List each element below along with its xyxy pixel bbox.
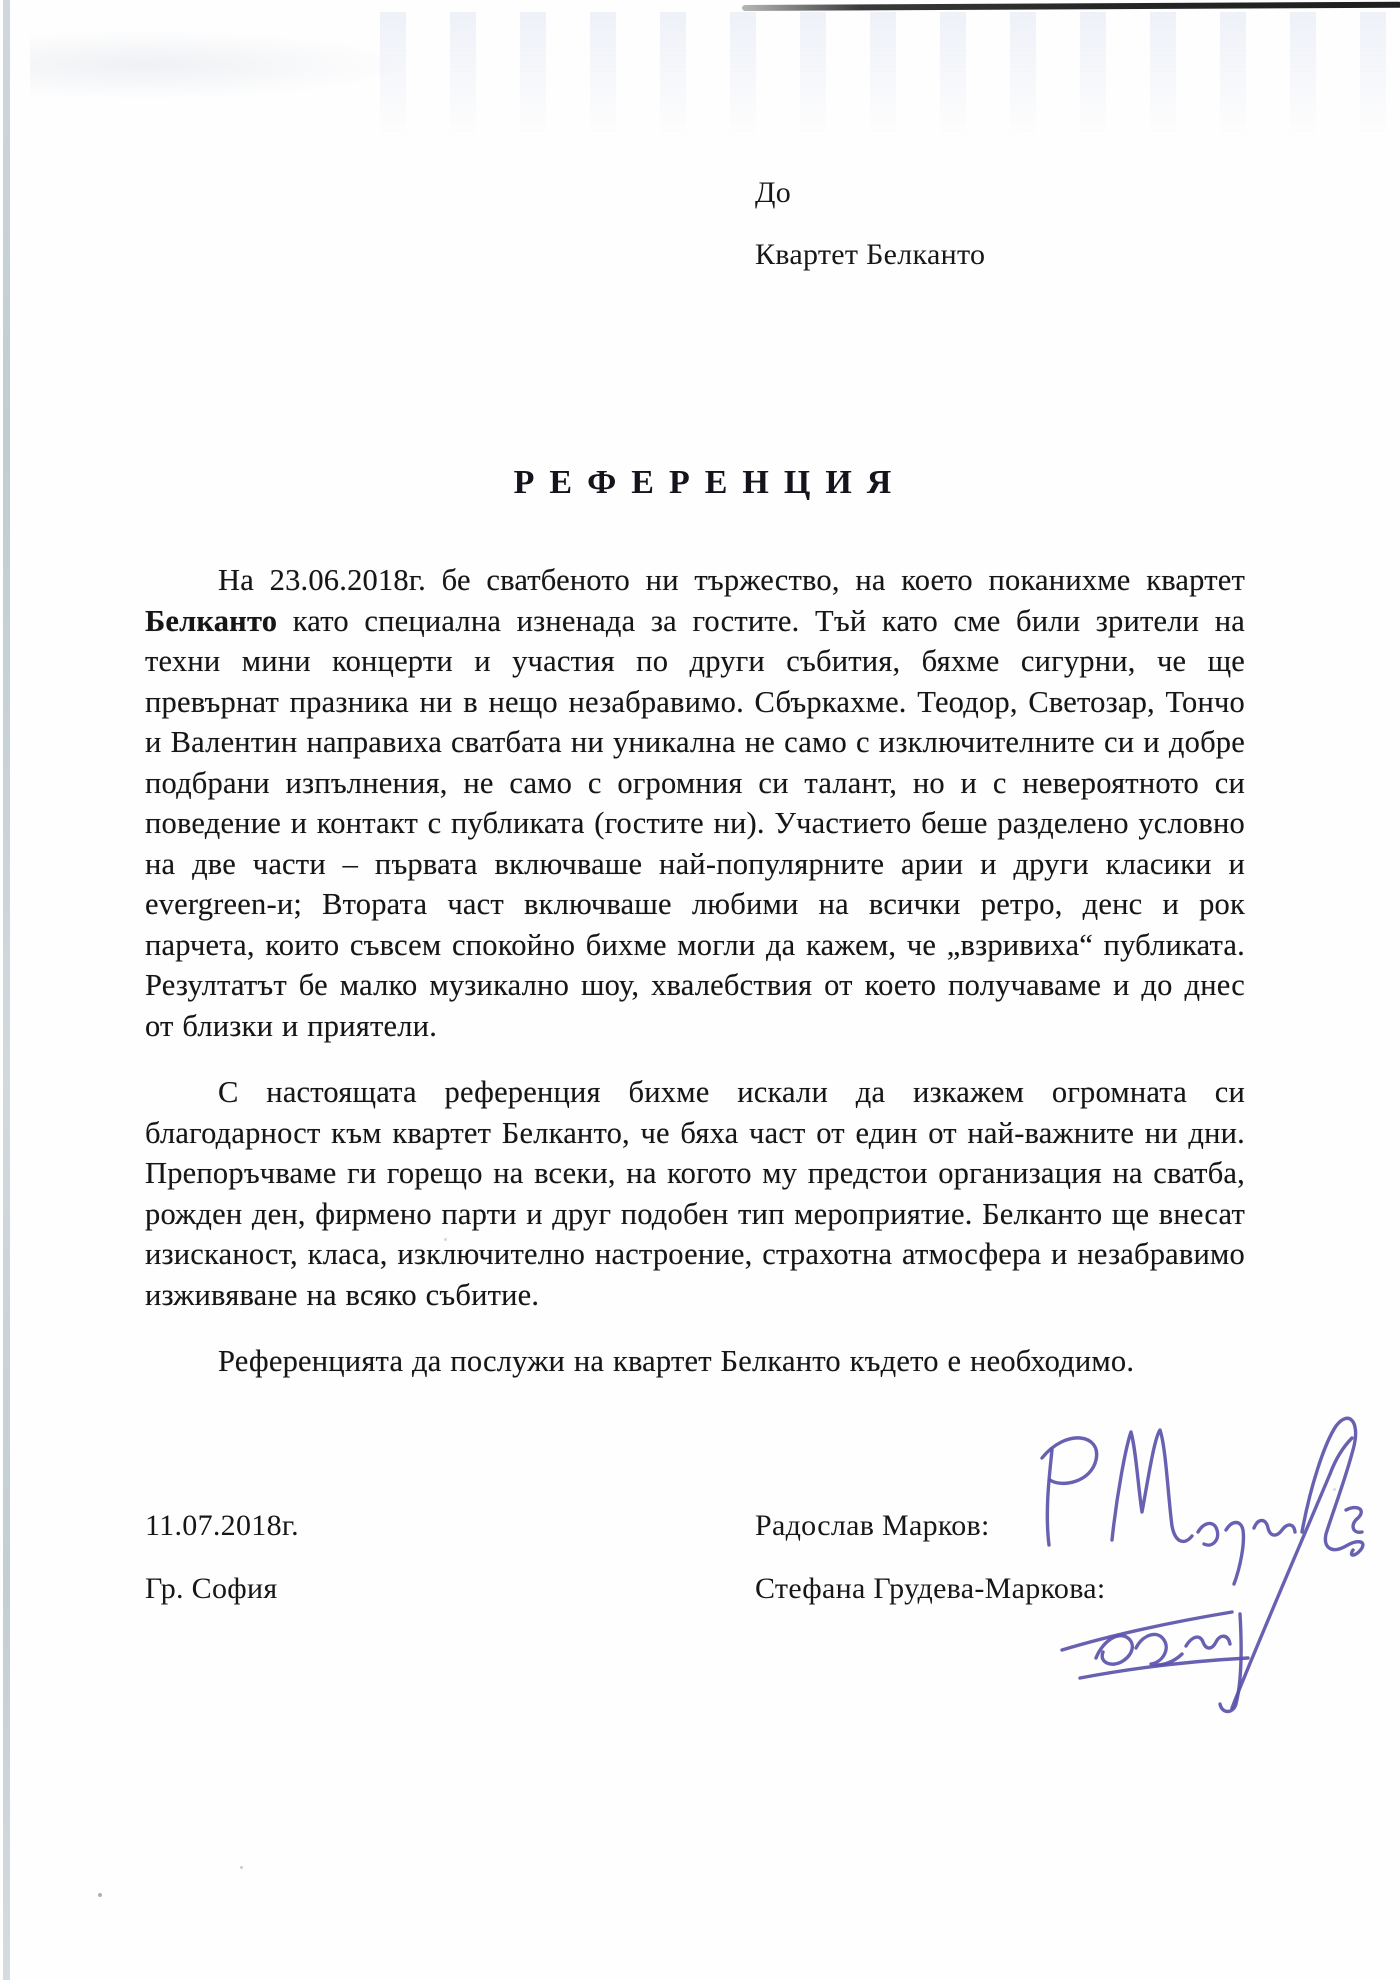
scan-artifact-streaks (380, 12, 1390, 162)
paragraph-1-pre: На 23.06.2018г. бе сватбеното ни тържест… (218, 563, 1245, 597)
recipient-line-to: До (755, 162, 985, 224)
scan-speck (98, 1893, 102, 1897)
recipient-block: До Квартет Белканто (755, 162, 985, 286)
scan-artifact-left-edge (3, 0, 10, 1980)
paragraph-1-post: като специална изненада за гостите. Тъй … (145, 604, 1245, 1043)
scan-artifact-smudge (30, 30, 410, 100)
scan-artifact-top-line (742, 2, 1400, 11)
paragraph-1-bold-name: Белканто (145, 604, 277, 638)
paragraph-3: Референцията да послужи на квартет Белка… (145, 1341, 1245, 1382)
paragraph-2: С настоящата референция бихме искали да … (145, 1072, 1245, 1315)
recipient-line-name: Квартет Белканто (755, 224, 985, 286)
footer-left-block: 11.07.2018г. Гр. София (145, 1494, 299, 1620)
scan-speck (240, 1866, 243, 1869)
letter-city: Гр. София (145, 1557, 299, 1620)
document-title: РЕФЕРЕНЦИЯ (145, 464, 1275, 502)
signature-ink (1000, 1408, 1390, 1728)
paragraph-1: На 23.06.2018г. бе сватбеното ни тържест… (145, 560, 1245, 1046)
letter-date: 11.07.2018г. (145, 1494, 299, 1557)
scanned-letter-page: До Квартет Белканто РЕФЕРЕНЦИЯ На 23.06.… (0, 0, 1400, 1980)
letter-body: На 23.06.2018г. бе сватбеното ни тържест… (145, 560, 1245, 1382)
